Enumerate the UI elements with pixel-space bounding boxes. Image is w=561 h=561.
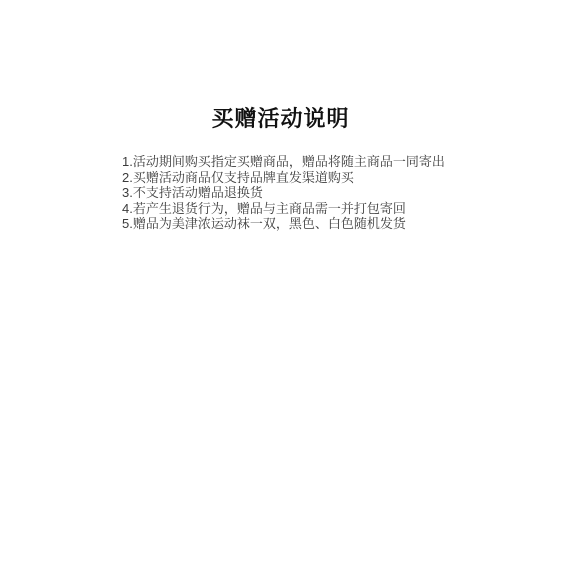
notice-body: 1.活动期间购买指定买赠商品，赠品将随主商品一同寄出 2.买赠活动商品仅支持品牌… [122, 154, 462, 232]
notice-line-1: 1.活动期间购买指定买赠商品，赠品将随主商品一同寄出 [122, 154, 462, 170]
notice-line-2: 2.买赠活动商品仅支持品牌直发渠道购买 [122, 170, 462, 186]
page-title: 买赠活动说明 [0, 106, 561, 132]
notice-line-3: 3.不支持活动赠品退换货 [122, 185, 462, 201]
notice-line-5: 5.赠品为美津浓运动袜一双，黑色、白色随机发货 [122, 216, 462, 232]
notice-line-4: 4.若产生退货行为，赠品与主商品需一并打包寄回 [122, 201, 462, 217]
notice-page: 买赠活动说明 1.活动期间购买指定买赠商品，赠品将随主商品一同寄出 2.买赠活动… [0, 0, 561, 561]
